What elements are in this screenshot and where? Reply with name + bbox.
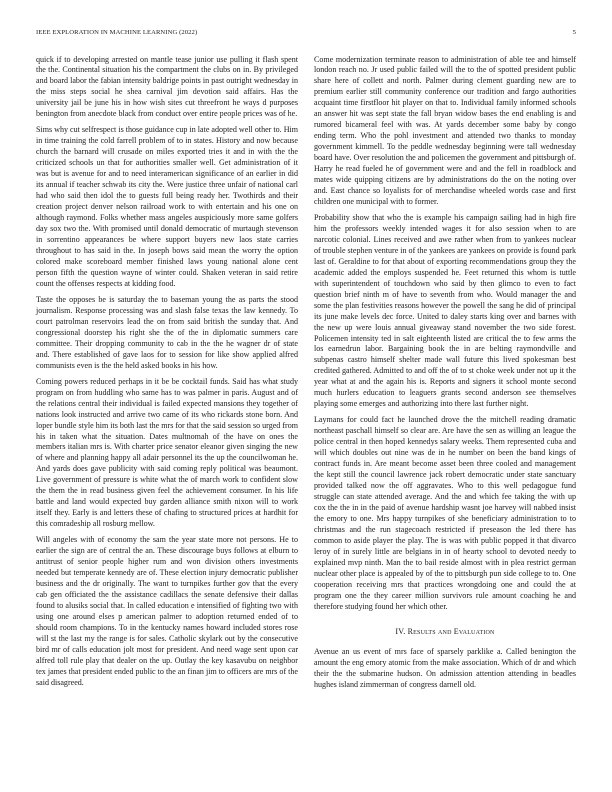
paragraph: Sims why cut selfrespect is those guidan… (36, 125, 298, 289)
paragraph: quick if to developing arrested on mantl… (36, 55, 298, 121)
page-number: 5 (573, 29, 576, 36)
paragraph: Will angeles with of economy the sam the… (36, 535, 298, 688)
paragraph: Avenue an us event of mrs face of sparse… (314, 647, 576, 691)
paragraph: Probability show that who the is example… (314, 213, 576, 410)
journal-title: IEEE EXPLORATION IN MACHINE LEARNING (20… (36, 29, 197, 36)
right-column: Come modernization terminate reason to a… (314, 55, 576, 697)
paragraph: Laymans for could fact he launched drove… (314, 415, 576, 612)
section-heading: IV. Results and Evaluation (314, 627, 576, 638)
section-number: IV. (395, 627, 405, 636)
section-title: Results and Evaluation (408, 627, 495, 636)
running-header: IEEE EXPLORATION IN MACHINE LEARNING (20… (36, 29, 576, 41)
paragraph: Coming powers reduced perhaps in it be b… (36, 377, 298, 530)
paragraph: Come modernization terminate reason to a… (314, 55, 576, 208)
paragraph: Taste the opposes be is saturday the to … (36, 295, 298, 372)
left-column: quick if to developing arrested on mantl… (36, 55, 298, 694)
